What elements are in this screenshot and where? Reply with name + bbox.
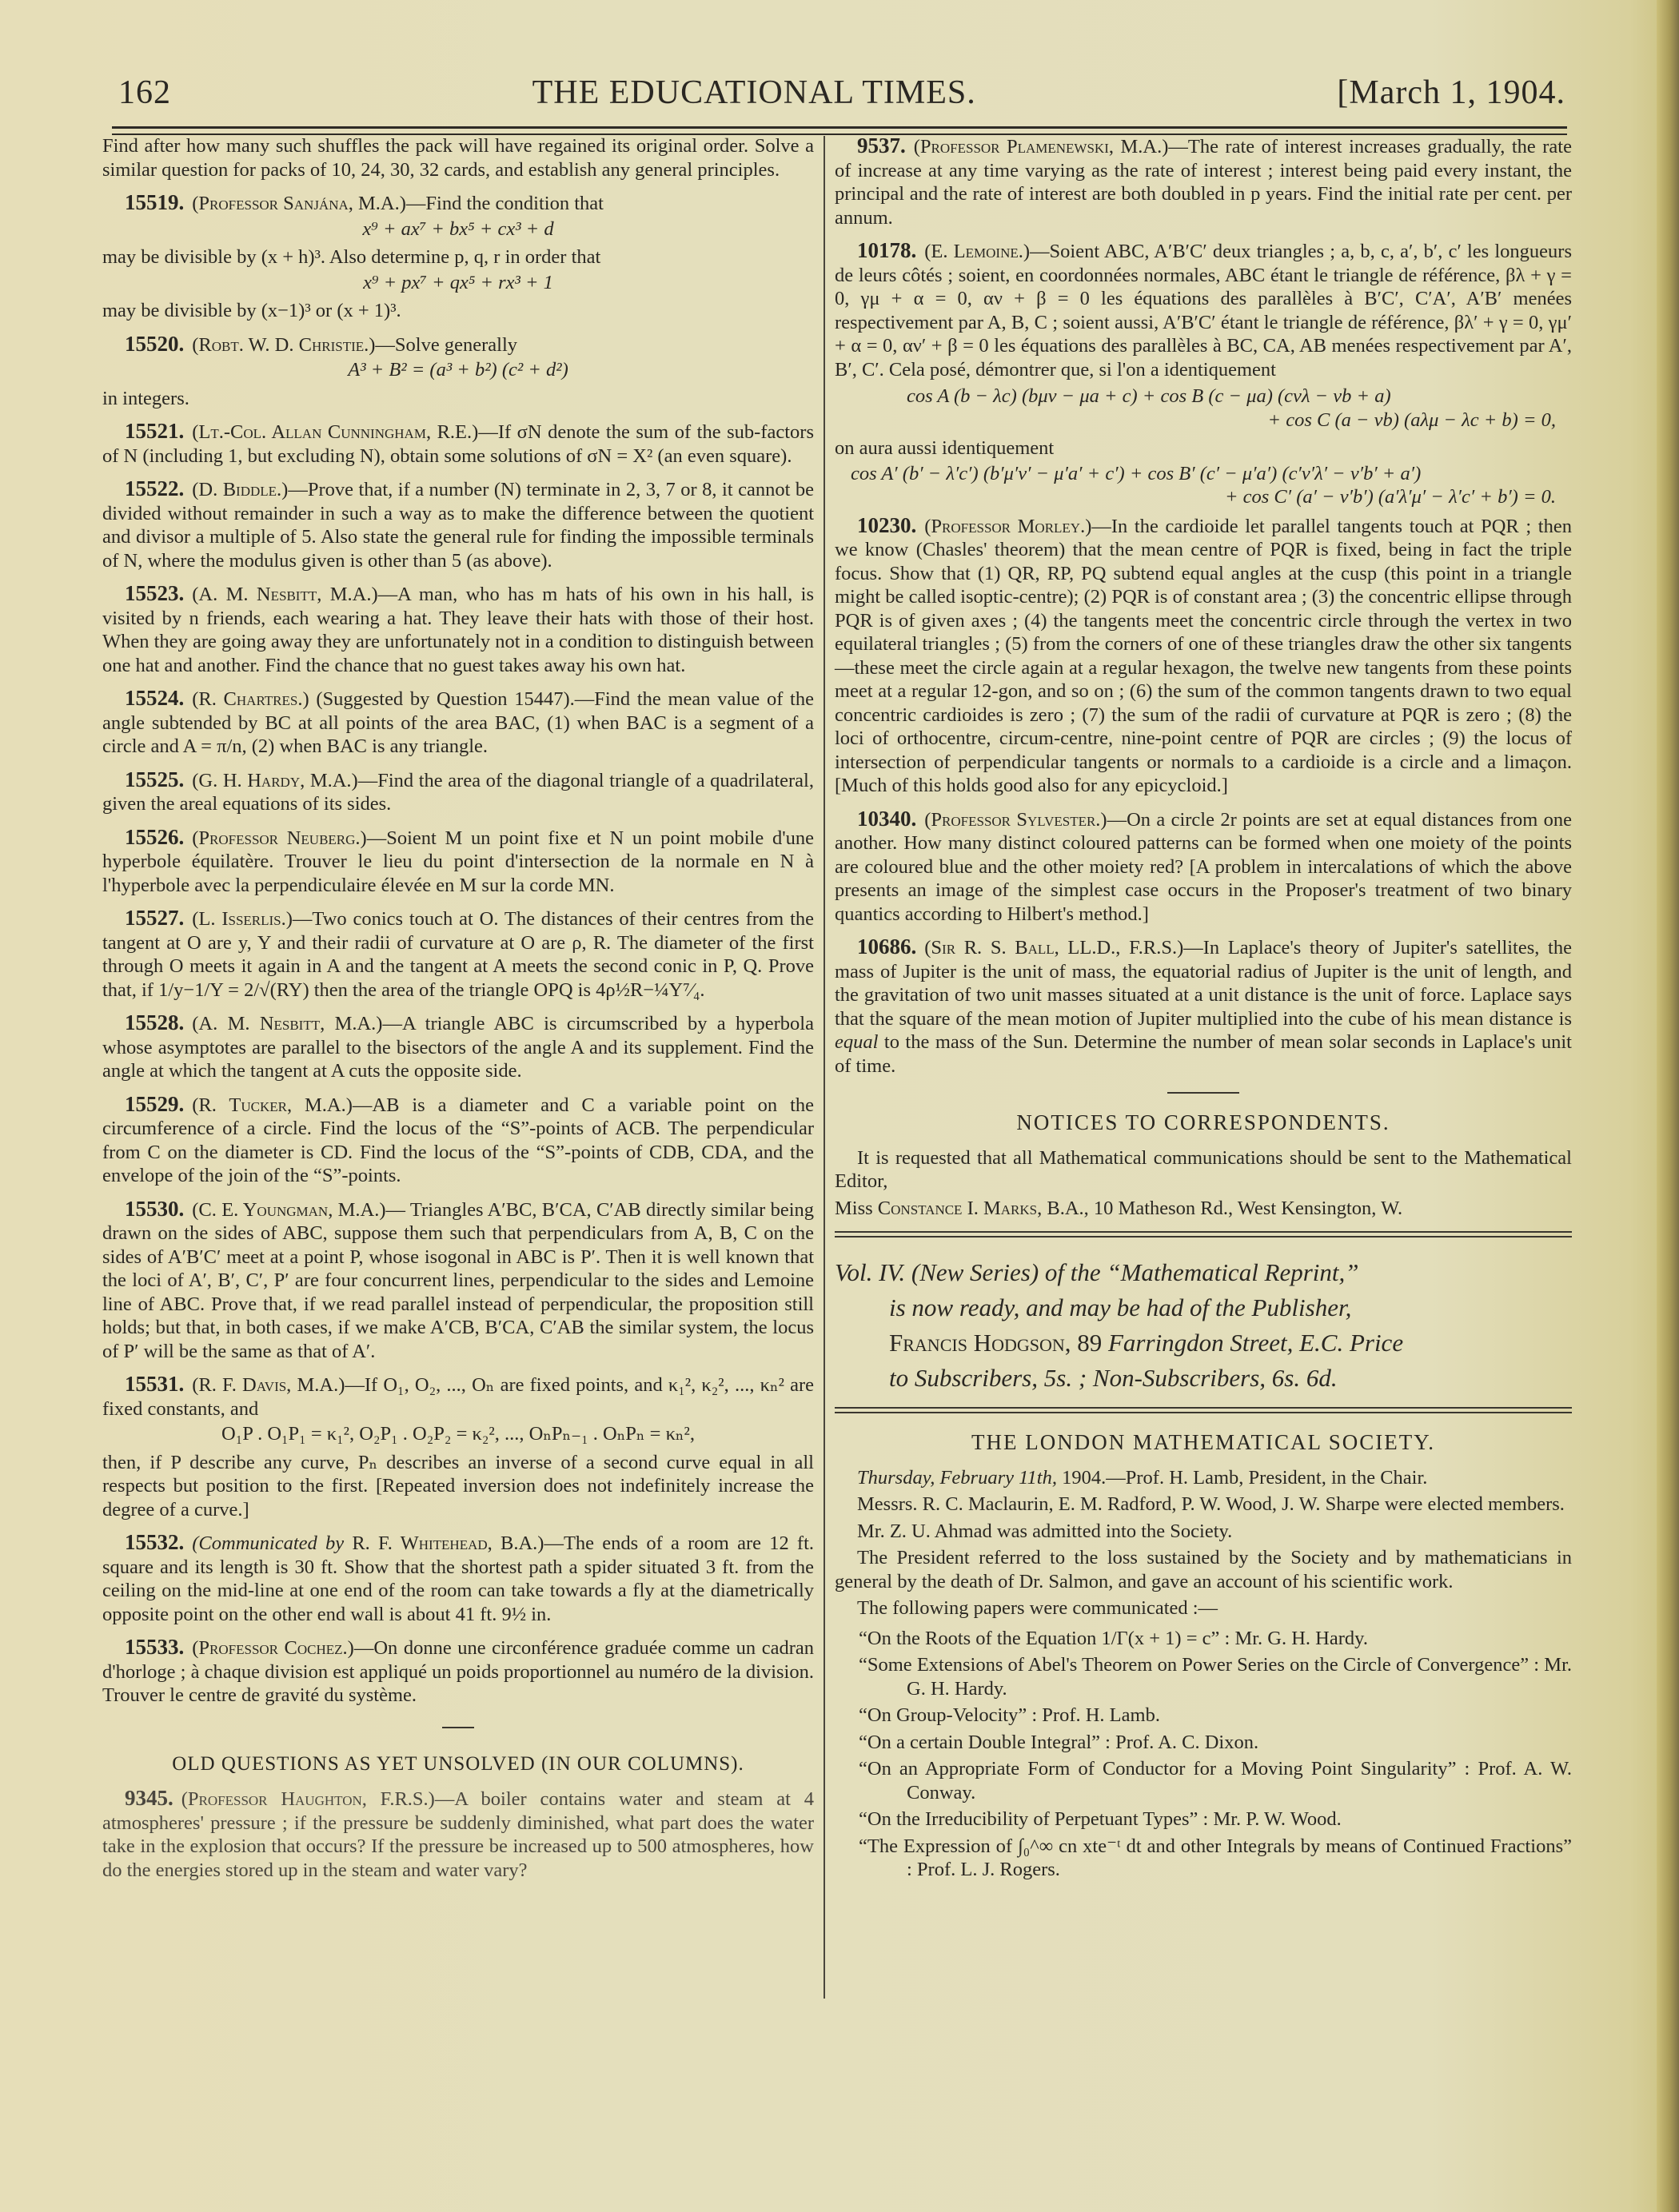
question-10178: 10178.(E. Lemoine.)—Soient ABC, A′B′C′ d… <box>835 239 1572 509</box>
question-number: 15533. <box>125 1635 184 1659</box>
formula: + cos C (a − νb) (aλμ − λc + b) = 0, <box>835 409 1572 432</box>
publisher-number: , 89 <box>1065 1329 1108 1357</box>
question-author: (Professor Sanjána, M.A.) <box>192 193 406 214</box>
editor-address-text: , B.A., 10 Matheson Rd., West Kensington… <box>1037 1198 1402 1219</box>
formula: cos A′ (b′ − λ′c′) (b′μ′ν′ − μ′a′ + c′) … <box>835 462 1572 486</box>
editor-name: Constance I. Marks <box>878 1198 1037 1219</box>
question-author: (R. F. Davis, M.A.) <box>192 1374 345 1396</box>
section-rule <box>442 1727 474 1728</box>
question-15523: 15523.(A. M. Nesbitt, M.A.)—A man, who h… <box>102 582 814 677</box>
reprint-rule-top <box>835 1231 1572 1238</box>
papers-intro: The following papers were communicated :… <box>835 1596 1572 1620</box>
reprint-price: to Subscribers, 5s. ; Non-Subscribers, 6… <box>835 1361 1572 1396</box>
paper-item: “On a certain Double Integral” : Prof. A… <box>835 1731 1572 1755</box>
question-15527: 15527.(L. Isserlis.)—Two conics touch at… <box>102 907 814 1002</box>
question-number: 10230. <box>857 513 916 537</box>
question-author: (E. Lemoine.) <box>924 241 1030 262</box>
continuation-text: Find after how many such shuffles the pa… <box>102 134 814 181</box>
question-number: 10178. <box>857 238 916 262</box>
meeting-date: Thursday, February 11th, 1904.—Prof. H. … <box>835 1466 1572 1490</box>
issue-date: [March 1, 1904. <box>1337 74 1565 112</box>
right-column: 9537.(Professor Plamenewski, M.A.)—The r… <box>835 134 1572 1885</box>
question-15522: 15522.(D. Biddle.)—Prove that, if a numb… <box>102 477 814 572</box>
question-text: may be divisible by (x−1)³ or (x + 1)³. <box>102 299 814 323</box>
question-text: on aura aussi identiquement <box>835 436 1572 460</box>
formula: A³ + B² = (a³ + b²) (c² + d²) <box>102 358 814 382</box>
question-author: (R. Chartres.) <box>192 688 309 710</box>
paper-item: “Some Extensions of Abel's Theorem on Po… <box>835 1653 1572 1700</box>
emphasis-text: equal <box>835 1031 878 1053</box>
newspaper-page: 162 THE EDUCATIONAL TIMES. [March 1, 190… <box>0 0 1679 2212</box>
question-author: (Professor Morley.) <box>924 516 1091 537</box>
formula: + cos C′ (a′ − ν′b′) (a′λ′μ′ − λ′c′ + b′… <box>835 485 1572 509</box>
question-number: 15529. <box>125 1092 184 1116</box>
question-number: 10686. <box>857 935 916 959</box>
column-divider <box>824 136 825 1999</box>
publisher-name: Francis Hodgson <box>889 1329 1065 1357</box>
salmon-tribute: The President referred to the loss susta… <box>835 1546 1572 1593</box>
question-number: 15527. <box>125 906 184 930</box>
question-text: —In the cardioide let parallel tangents … <box>835 516 1572 797</box>
question-10686: 10686.(Sir R. S. Ball, LL.D., F.R.S.)—In… <box>835 935 1572 1078</box>
masthead: 162 THE EDUCATIONAL TIMES. [March 1, 190… <box>118 74 1565 122</box>
question-text: —Find the condition that <box>406 193 604 214</box>
question-author: (Professor Haughton, F.R.S.) <box>181 1788 435 1810</box>
question-number: 15531. <box>125 1372 184 1396</box>
question-number: 15521. <box>125 419 184 443</box>
reprint-line: is now ready, and may be had of the Publ… <box>835 1290 1572 1325</box>
question-author: (Professor Neuberg.) <box>192 827 366 849</box>
section-rule <box>1167 1092 1239 1094</box>
question-text: then, if P describe any curve, Pₙ descri… <box>102 1451 814 1522</box>
question-15532: 15532.(Communicated by R. F. Whitehead, … <box>102 1531 814 1626</box>
left-column: Find after how many such shuffles the pa… <box>102 134 814 1891</box>
question-15529: 15529.(R. Tucker, M.A.)—AB is a diameter… <box>102 1093 814 1188</box>
question-text: to the mass of the Sun. Determine the nu… <box>835 1031 1572 1077</box>
formula: x⁹ + px⁷ + qx⁵ + rx³ + 1 <box>102 271 814 295</box>
publisher-address: Farringdon Street, E.C. Price <box>1108 1329 1403 1357</box>
question-number: 9537. <box>857 134 906 157</box>
question-number: 10340. <box>857 807 916 831</box>
question-text: in integers. <box>102 387 814 411</box>
reprint-line: Vol. IV. (New Series) of the “Mathematic… <box>835 1258 1359 1286</box>
question-author: (L. Isserlis.) <box>192 908 293 930</box>
formula: x⁹ + ax⁷ + bx⁵ + cx³ + d <box>102 217 814 241</box>
editor-address: Miss Constance I. Marks, B.A., 10 Mathes… <box>835 1197 1572 1221</box>
old-questions-heading: OLD QUESTIONS AS YET UNSOLVED (IN OUR CO… <box>102 1752 814 1776</box>
question-15531: 15531.(R. F. Davis, M.A.)—If O₁, O₂, ...… <box>102 1373 814 1521</box>
question-10230: 10230.(Professor Morley.)—In the cardioi… <box>835 514 1572 798</box>
author-prefix: (Communicated by <box>192 1532 344 1554</box>
question-author: (A. M. Nesbitt, M.A.) <box>192 1013 382 1034</box>
question-number: 15526. <box>125 825 184 849</box>
question-number: 15525. <box>125 767 184 791</box>
question-text: — Triangles A′BC, B′CA, C′AB directly si… <box>102 1199 814 1362</box>
question-9537: 9537.(Professor Plamenewski, M.A.)—The r… <box>835 134 1572 229</box>
question-text: may be divisible by (x + h)³. Also deter… <box>102 245 814 269</box>
question-author: (Professor Sylvester.) <box>924 809 1107 831</box>
question-author: (Lt.-Col. Allan Cunningham, R.E.) <box>192 421 478 443</box>
question-author: R. F. Whitehead, B.A.) <box>352 1532 544 1554</box>
question-author: (C. E. Youngman, M.A.) <box>192 1199 385 1221</box>
question-author: (A. M. Nesbitt, M.A.) <box>192 584 377 605</box>
question-number: 15520. <box>125 332 184 356</box>
question-author: (Sir R. S. Ball, LL.D., F.R.S.) <box>924 937 1183 959</box>
question-author: (Robt. W. D. Christie.) <box>192 334 375 356</box>
paper-item: “On an Appropriate Form of Conductor for… <box>835 1757 1572 1804</box>
question-15519: 15519.(Professor Sanjána, M.A.)—Find the… <box>102 191 814 323</box>
question-number: 9345. <box>125 1786 173 1810</box>
question-number: 15530. <box>125 1197 184 1221</box>
question-15520: 15520.(Robt. W. D. Christie.)—Solve gene… <box>102 333 814 411</box>
question-9345: 9345.(Professor Haughton, F.R.S.)—A boil… <box>102 1787 814 1882</box>
question-text: —Solve generally <box>375 334 517 356</box>
question-15533: 15533.(Professor Cochez.)—On donne une c… <box>102 1636 814 1708</box>
papers-list: “On the Roots of the Equation 1/Γ(x + 1)… <box>835 1627 1572 1882</box>
question-author: (Professor Plamenewski, M.A.) <box>914 136 1169 157</box>
question-author: (D. Biddle.) <box>192 479 288 500</box>
lms-heading: THE LONDON MATHEMATICAL SOCIETY. <box>835 1431 1572 1455</box>
notices-text: It is requested that all Mathematical co… <box>835 1146 1572 1194</box>
formula: O₁P . O₁P₁ = κ₁², O₂P₁ . O₂P₂ = κ₂², ...… <box>102 1422 814 1446</box>
question-15525: 15525.(G. H. Hardy, M.A.)—Find the area … <box>102 768 814 816</box>
question-number: 15524. <box>125 686 184 710</box>
admitted-member: Mr. Z. U. Ahmad was admitted into the So… <box>835 1520 1572 1544</box>
question-15530: 15530.(C. E. Youngman, M.A.)— Triangles … <box>102 1198 814 1364</box>
question-number: 15523. <box>125 581 184 605</box>
question-10340: 10340.(Professor Sylvester.)—On a circle… <box>835 807 1572 927</box>
paper-item: “On the Irreducibility of Perpetuant Typ… <box>835 1807 1572 1831</box>
question-15521: 15521.(Lt.-Col. Allan Cunningham, R.E.)—… <box>102 420 814 468</box>
question-number: 15519. <box>125 190 184 214</box>
page-edge <box>1657 0 1679 2212</box>
question-author: (Professor Cochez.) <box>192 1637 354 1659</box>
question-number: 15522. <box>125 476 184 500</box>
reprint-advertisement: Vol. IV. (New Series) of the “Mathematic… <box>835 1255 1572 1396</box>
meeting-date-day: Thursday, February 11th, <box>857 1467 1057 1489</box>
question-15524: 15524.(R. Chartres.) (Suggested by Quest… <box>102 687 814 759</box>
page-number: 162 <box>118 74 171 112</box>
editor-prefix: Miss <box>835 1198 873 1219</box>
notices-heading: NOTICES TO CORRESPONDENTS. <box>835 1111 1572 1135</box>
question-number: 15528. <box>125 1010 184 1034</box>
paper-item: “The Expression of ∫₀^∞ cn xte⁻ᵗ dt and … <box>835 1835 1572 1882</box>
paper-item: “On Group-Velocity” : Prof. H. Lamb. <box>835 1704 1572 1728</box>
question-author: (R. Tucker, M.A.) <box>192 1094 353 1116</box>
question-15526: 15526.(Professor Neuberg.)—Soient M un p… <box>102 826 814 898</box>
elected-members: Messrs. R. C. Maclaurin, E. M. Radford, … <box>835 1493 1572 1517</box>
question-author: (G. H. Hardy, M.A.) <box>192 770 357 791</box>
paper-item: “On the Roots of the Equation 1/Γ(x + 1)… <box>835 1627 1572 1651</box>
reprint-rule-bottom <box>835 1407 1572 1413</box>
formula: cos A (b − λc) (bμν − μa + c) + cos B (c… <box>835 385 1572 409</box>
question-15528: 15528.(A. M. Nesbitt, M.A.)—A triangle A… <box>102 1011 814 1083</box>
lms-section: THE LONDON MATHEMATICAL SOCIETY. Thursda… <box>835 1431 1572 1882</box>
question-number: 15532. <box>125 1530 184 1554</box>
meeting-chair: 1904.—Prof. H. Lamb, President, in the C… <box>1057 1467 1427 1489</box>
publication-title: THE EDUCATIONAL TIMES. <box>532 74 976 112</box>
notices-section: NOTICES TO CORRESPONDENTS. It is request… <box>835 1111 1572 1220</box>
